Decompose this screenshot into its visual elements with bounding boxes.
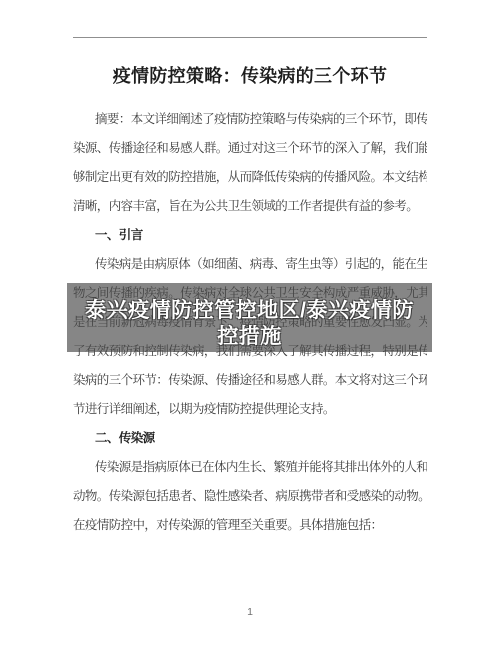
section-heading-infection-source: 二、传染源 bbox=[73, 424, 427, 453]
document-page: 疫情防控策略：传染病的三个环节 摘要：本文详细阐述了疫情防控策略与传染病的三个环… bbox=[0, 0, 500, 647]
abstract-line: 清晰，内容丰富，旨在为公共卫生领域的工作者提供有益的参考。 bbox=[73, 192, 427, 221]
section-heading-introduction: 一、引言 bbox=[73, 221, 427, 250]
paragraph-line: 传染病是由病原体（如细菌、病毒、寄生虫等）引起的，能在生 bbox=[73, 250, 427, 279]
watermark-text-line: 泰兴疫情防控管控地区/泰兴疫情防 bbox=[67, 298, 432, 324]
abstract-line: 摘要：本文详细阐述了疫情防控策略与传染病的三个环节，即传 bbox=[73, 105, 427, 134]
watermark-banner: 泰兴疫情防控管控地区/泰兴疫情防 控措施 bbox=[67, 283, 432, 352]
paragraph-line: 传染源是指病原体已在体内生长、繁殖并能将其排出体外的人和 bbox=[73, 453, 427, 482]
page-number: 1 bbox=[0, 605, 500, 619]
header-divider bbox=[73, 37, 427, 38]
document-title: 疫情防控策略：传染病的三个环节 bbox=[0, 61, 500, 91]
paragraph-line: 在疫情防控中，对传染源的管理至关重要。具体措施包括： bbox=[73, 511, 427, 540]
paragraph-line: 染病的三个环节：传染源、传播途径和易感人群。本文将对这三个环 bbox=[73, 366, 427, 395]
paragraph-line: 动物。传染源包括患者、隐性感染者、病原携带者和受感染的动物。 bbox=[73, 482, 427, 511]
abstract-line: 够制定出更有效的防控措施，从而降低传染病的传播风险。本文结构 bbox=[73, 163, 427, 192]
paragraph-line: 节进行详细阐述，以期为疫情防控提供理论支持。 bbox=[73, 395, 427, 424]
watermark-text-line: 控措施 bbox=[67, 324, 432, 350]
abstract-line: 染源、传播途径和易感人群。通过对这三个环节的深入了解，我们能 bbox=[73, 134, 427, 163]
